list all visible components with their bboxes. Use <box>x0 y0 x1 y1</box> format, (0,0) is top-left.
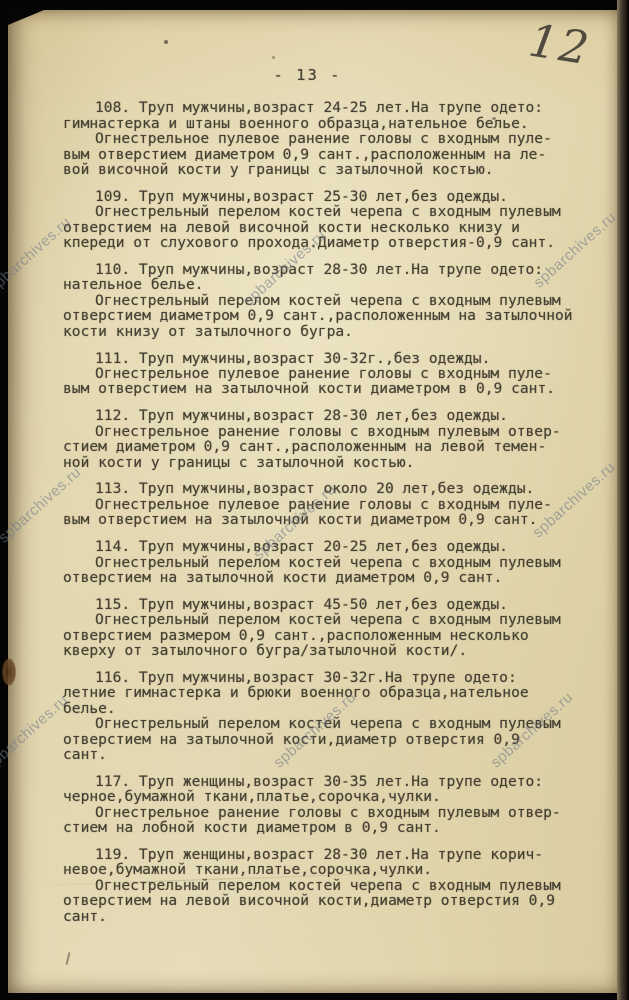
entry-paragraph: 109. Труп мужчины,возраст 25-30 лет,без … <box>63 189 580 204</box>
entry-paragraph: Огнестрельный перелом костей черепа с вх… <box>63 612 580 658</box>
scan-edge <box>617 0 629 1000</box>
entry-119: 119. Труп женщины,возраст 28-30 лет.На т… <box>63 847 580 924</box>
document-content: - 13 - 108. Труп мужчины,возраст 24-25 л… <box>63 68 580 936</box>
entry-paragraph: Огнестрельный перелом костей черепа с вх… <box>63 204 580 250</box>
pencil-mark <box>65 952 70 965</box>
entry-paragraph: Огнестрельный перелом костей черепа с вх… <box>63 716 580 762</box>
handwritten-page-number: 12 <box>525 14 594 76</box>
paper-sheet: 12 - 13 - 108. Труп мужчины,возраст 24-2… <box>8 10 618 993</box>
entry-116: 116. Труп мужчины,возраст 30-32г.На труп… <box>63 670 580 762</box>
entry-paragraph: Огнестрельный перелом костей черепа с вх… <box>63 878 580 924</box>
entry-paragraph: 115. Труп мужчины,возраст 45-50 лет,без … <box>63 597 580 612</box>
entry-109: 109. Труп мужчины,возраст 25-30 лет,без … <box>63 189 580 251</box>
paper-speck <box>272 56 275 59</box>
entry-113: 113. Труп мужчины,возраст около 20 лет,б… <box>63 481 580 527</box>
entry-paragraph: 113. Труп мужчины,возраст около 20 лет,б… <box>63 481 580 496</box>
page-number-header: - 13 - <box>63 68 580 83</box>
entry-paragraph: 112. Труп мужчины,возраст 28-30 лет,без … <box>63 408 580 423</box>
entry-paragraph: 111. Труп мужчины,возраст 30-32г.,без од… <box>63 351 580 366</box>
entry-paragraph: Огнестрельное пулевое ранение головы с в… <box>63 366 580 397</box>
entry-111: 111. Труп мужчины,возраст 30-32г.,без од… <box>63 351 580 397</box>
entry-117: 117. Труп женщины,возраст 30-35 лет.На т… <box>63 774 580 836</box>
entry-115: 115. Труп мужчины,возраст 45-50 лет,без … <box>63 597 580 659</box>
entry-paragraph: Огнестрельное пулевое ранение головы с в… <box>63 131 580 177</box>
entry-108: 108. Труп мужчины,возраст 24-25 лет.На т… <box>63 100 580 177</box>
page-corner-shadow <box>8 10 44 25</box>
archive-watermark: spbarchives.ru <box>0 692 72 775</box>
entry-paragraph: 108. Труп мужчины,возраст 24-25 лет.На т… <box>63 100 580 131</box>
entry-paragraph: Огнестрельный перелом костей черепа с вх… <box>63 293 580 339</box>
entry-paragraph: 110. Труп мужчины,возраст 28-30 лет.На т… <box>63 262 580 293</box>
paper-stain <box>2 658 16 686</box>
entry-paragraph: Огнестрельное пулевое ранение головы с в… <box>63 497 580 528</box>
paper-speck <box>492 117 496 120</box>
entry-110: 110. Труп мужчины,возраст 28-30 лет.На т… <box>63 262 580 339</box>
entry-112: 112. Труп мужчины,возраст 28-30 лет,без … <box>63 408 580 470</box>
entry-paragraph: 119. Труп женщины,возраст 28-30 лет.На т… <box>63 847 580 878</box>
entries: 108. Труп мужчины,возраст 24-25 лет.На т… <box>63 100 580 924</box>
entry-paragraph: 114. Труп мужчины,возраст 20-25 лет,без … <box>63 539 580 554</box>
entry-paragraph: Огнестрельное ранение головы с входным п… <box>63 805 580 836</box>
entry-paragraph: 116. Труп мужчины,возраст 30-32г.На труп… <box>63 670 580 716</box>
entry-paragraph: Огнестрельное ранение головы с входным п… <box>63 424 580 470</box>
entry-paragraph: Огнестрельный перелом костей черепа с вх… <box>63 555 580 586</box>
entry-114: 114. Труп мужчины,возраст 20-25 лет,без … <box>63 539 580 585</box>
paper-speck <box>164 40 168 44</box>
entry-paragraph: 117. Труп женщины,возраст 30-35 лет.На т… <box>63 774 580 805</box>
